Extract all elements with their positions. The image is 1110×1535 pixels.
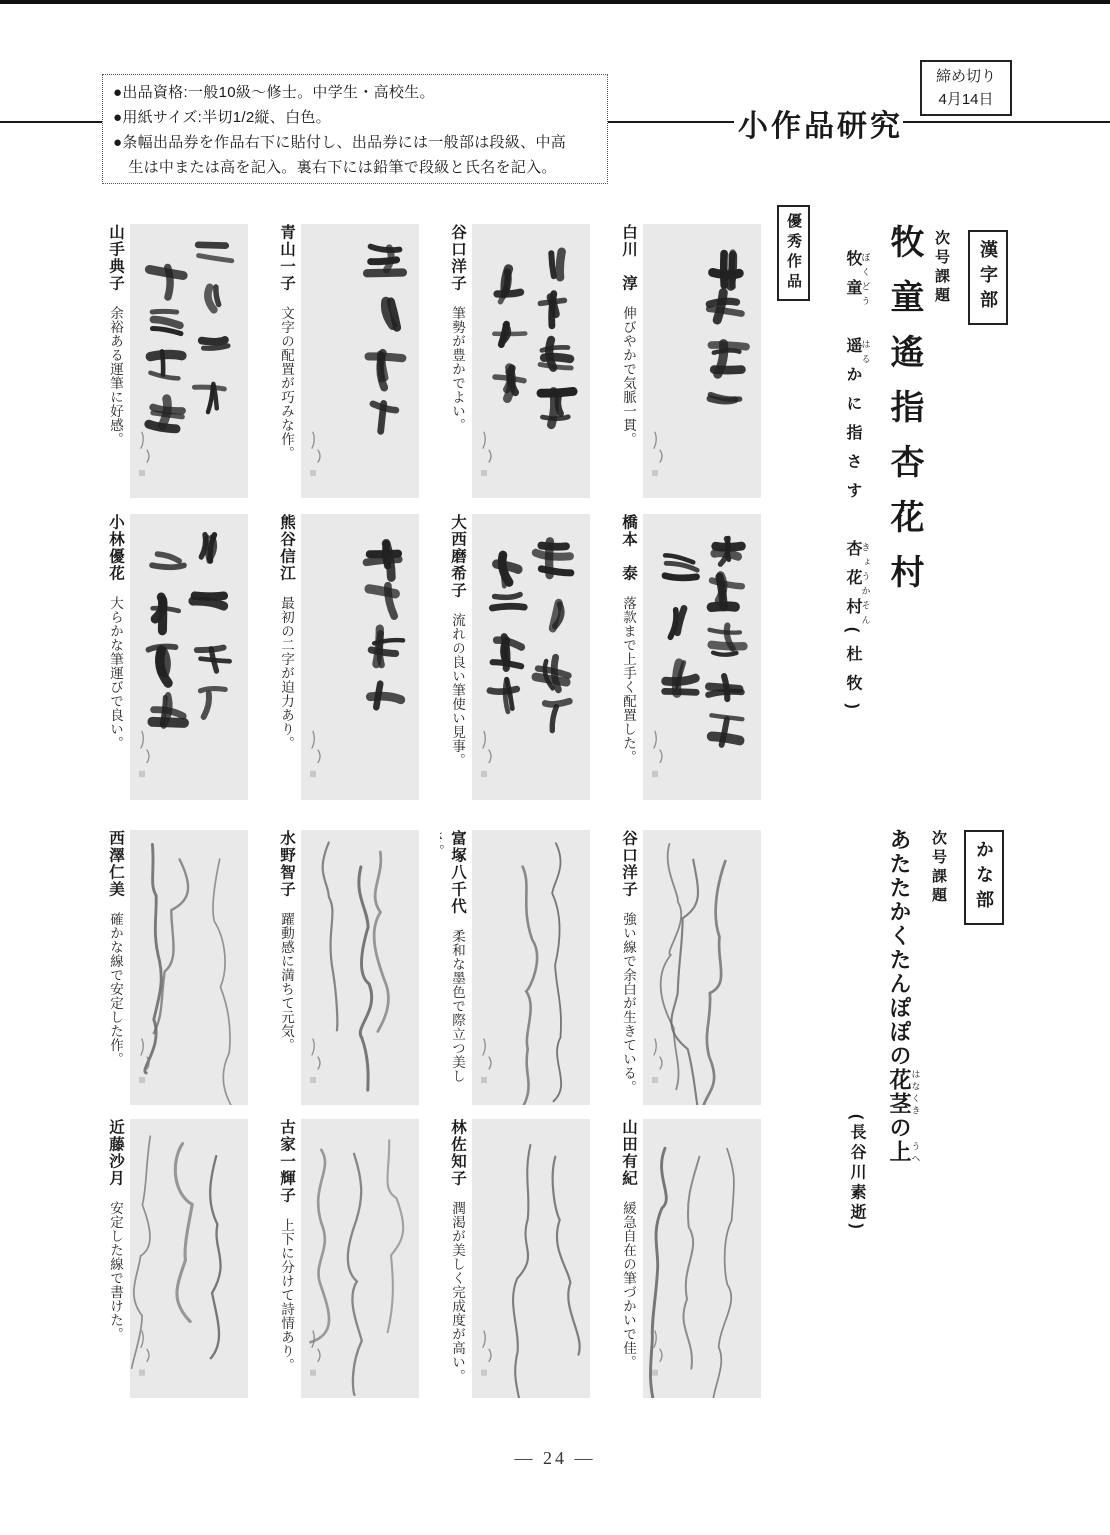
artwork-entry: 古家一輝子上下に分けて詩情あり。 <box>269 1119 419 1398</box>
brush-strokes-graphic <box>472 830 590 1105</box>
entry-caption: 古家一輝子上下に分けて詩情あり。 <box>269 1119 297 1398</box>
artist-name: 大西磨希子 <box>449 514 466 599</box>
calligraphy-artwork <box>643 830 761 1105</box>
judge-comment: 筆勢が豊かでよい。 <box>450 292 465 432</box>
calligraphy-artwork <box>301 830 419 1105</box>
judge-comment: 大らかな筆運びで良い。 <box>108 582 123 750</box>
brush-strokes-graphic <box>301 224 419 498</box>
entry-caption: 谷口洋子筆勢が豊かでよい。 <box>440 224 468 498</box>
calligraphy-artwork <box>130 1119 248 1398</box>
calligraphy-artwork <box>130 514 248 800</box>
calligraphy-artwork <box>472 224 590 498</box>
judge-comment: 緩急自在の筆づかいで佳。 <box>621 1187 636 1369</box>
page-number: — 24 — <box>0 1448 1110 1469</box>
judge-comment: 余裕ある運筆に好感。 <box>108 292 123 446</box>
entry-caption: 山手典子余裕ある運筆に好感。 <box>98 224 126 498</box>
brush-strokes-graphic <box>643 1119 761 1398</box>
artwork-entry: 白川 淳伸びやかで気脈一貫。 <box>611 224 761 498</box>
works-row: 西澤仁美確かな線で安定した作。 水野智子躍動感に満ちて元気。 富塚八千代柔和な墨… <box>98 830 761 1105</box>
artwork-entry: 西澤仁美確かな線で安定した作。 <box>98 830 248 1105</box>
artist-name: 谷口洋子 <box>620 830 637 898</box>
notice-line: 生は中または高を記入。裏右下には鉛筆で段級と氏名を記入。 <box>113 155 597 180</box>
judge-comment: 流れの良い筆使い見事。 <box>450 599 465 767</box>
artwork-entry: 水野智子躍動感に満ちて元気。 <box>269 830 419 1105</box>
entry-caption: 水野智子躍動感に満ちて元気。 <box>269 830 297 1105</box>
artwork-entry: 山田有紀緩急自在の筆づかいで佳。 <box>611 1119 761 1398</box>
artwork-entry: 大西磨希子流れの良い筆使い見事。 <box>440 514 590 800</box>
brush-strokes-graphic <box>301 514 419 800</box>
artist-name: 山田有紀 <box>620 1119 637 1187</box>
entry-caption: 西澤仁美確かな線で安定した作。 <box>98 830 126 1105</box>
calligraphy-artwork <box>130 224 248 498</box>
kana-section-subtitle: 次号課題 <box>928 830 949 906</box>
kanji-theme-reading: 牧童ぼくどう 遥はるかに指さす 杏花村きょうかそん(杜牧) <box>841 250 871 722</box>
entry-caption: 橋本 泰落款まで上手く配置した。 <box>611 514 639 800</box>
artwork-entry: 青山一子文字の配置が巧みな作。 <box>269 224 419 498</box>
artwork-entry: 谷口洋子筆勢が豊かでよい。 <box>440 224 590 498</box>
judge-comment: 安定した線で書けた。 <box>108 1187 123 1341</box>
artist-name: 青山一子 <box>278 224 295 292</box>
artist-name: 古家一輝子 <box>278 1119 295 1204</box>
entry-caption: 熊谷信江最初の二字が迫力あり。 <box>269 514 297 800</box>
calligraphy-artwork <box>472 514 590 800</box>
entry-caption: 山田有紀緩急自在の筆づかいで佳。 <box>611 1119 639 1398</box>
brush-strokes-graphic <box>643 224 761 498</box>
judge-comment: 最初の二字が迫力あり。 <box>279 582 294 750</box>
artwork-entry: 山手典子余裕ある運筆に好感。 <box>98 224 248 498</box>
kanji-theme: 牧童遙指杏花村 <box>880 224 929 609</box>
artist-name: 近藤沙月 <box>107 1119 124 1187</box>
judge-comment: 伸びやかで気脈一貫。 <box>621 292 636 446</box>
artwork-entry: 小林優花大らかな筆運びで良い。 <box>98 514 248 800</box>
entry-caption: 大西磨希子流れの良い筆使い見事。 <box>440 514 468 800</box>
deadline-date: 4月14日 <box>924 88 1008 111</box>
works-row: 山手典子余裕ある運筆に好感。 青山一子文字の配置が巧みな作。 谷口洋子筆勢が豊か… <box>98 224 761 498</box>
header-rule-left <box>0 121 102 123</box>
kanji-section-label: 漢字部 <box>968 230 1008 325</box>
kanji-section-subtitle: 次号課題 <box>931 230 952 306</box>
kana-section-label: かな部 <box>964 830 1004 925</box>
excellent-works-label: 優秀作品 <box>777 205 810 301</box>
artist-name: 小林優花 <box>107 514 124 582</box>
judge-comment: 上下に分けて詩情あり。 <box>279 1204 294 1372</box>
artist-name: 熊谷信江 <box>278 514 295 582</box>
calligraphy-artwork <box>301 514 419 800</box>
artist-name: 橋本 泰 <box>620 514 637 582</box>
artist-name: 山手典子 <box>107 224 124 292</box>
deadline-label: 締め切り <box>924 65 1008 88</box>
brush-strokes-graphic <box>643 514 761 800</box>
judge-comment: 躍動感に満ちて元気。 <box>279 898 294 1052</box>
judge-comment: 確かな線で安定した作。 <box>108 898 123 1066</box>
entry-caption: 富塚八千代柔和な墨色で際立つ美しさ。 <box>440 830 468 1105</box>
entry-caption: 小林優花大らかな筆運びで良い。 <box>98 514 126 800</box>
artwork-entry: 熊谷信江最初の二字が迫力あり。 <box>269 514 419 800</box>
notice-line: ●出品資格:一般10級〜修士。中学生・高校生。 <box>113 80 597 105</box>
calligraphy-artwork <box>130 830 248 1105</box>
deadline-box: 締め切り 4月14日 <box>920 60 1012 116</box>
judge-comment: 落款まで上手く配置した。 <box>621 582 636 764</box>
kana-theme-author: (長谷川素逝) <box>845 1114 868 1233</box>
artwork-entry: 林佐知子潤渇が美しく完成度が高い。 <box>440 1119 590 1398</box>
entry-caption: 白川 淳伸びやかで気脈一貫。 <box>611 224 639 498</box>
artist-name: 谷口洋子 <box>449 224 466 292</box>
brush-strokes-graphic <box>472 224 590 498</box>
header-rule-mid <box>608 121 734 123</box>
artist-name: 林佐知子 <box>449 1119 466 1187</box>
calligraphy-artwork <box>301 224 419 498</box>
kana-theme: あたたかくたんぽぽの花茎はなくきの上うへ <box>884 828 921 1164</box>
calligraphy-artwork <box>643 1119 761 1398</box>
header-rule-right <box>903 121 1110 123</box>
brush-strokes-graphic <box>301 830 419 1105</box>
page-title: 小作品研究 <box>738 101 903 145</box>
artwork-entry: 橋本 泰落款まで上手く配置した。 <box>611 514 761 800</box>
brush-strokes-graphic <box>643 830 761 1105</box>
brush-strokes-graphic <box>130 830 248 1105</box>
magazine-page: ●出品資格:一般10級〜修士。中学生・高校生。●用紙サイズ:半切1/2縦、白色。… <box>0 0 1110 1535</box>
brush-strokes-graphic <box>130 514 248 800</box>
notice-line: ●条幅出品券を作品右下に貼付し、出品券には一般部は段級、中高 <box>113 130 597 155</box>
submission-notice-box: ●出品資格:一般10級〜修士。中学生・高校生。●用紙サイズ:半切1/2縦、白色。… <box>102 74 608 184</box>
brush-strokes-graphic <box>472 514 590 800</box>
notice-line: ●用紙サイズ:半切1/2縦、白色。 <box>113 105 597 130</box>
calligraphy-artwork <box>472 830 590 1105</box>
entry-caption: 林佐知子潤渇が美しく完成度が高い。 <box>440 1119 468 1398</box>
works-row: 小林優花大らかな筆運びで良い。 熊谷信江最初の二字が迫力あり。 大西磨希子流れの… <box>98 514 761 800</box>
entry-caption: 谷口洋子強い線で余白が生きている。 <box>611 830 639 1105</box>
entry-caption: 近藤沙月安定した線で書けた。 <box>98 1119 126 1398</box>
artist-name: 水野智子 <box>278 830 295 898</box>
calligraphy-artwork <box>643 224 761 498</box>
brush-strokes-graphic <box>301 1119 419 1398</box>
brush-strokes-graphic <box>130 1119 248 1398</box>
artwork-entry: 近藤沙月安定した線で書けた。 <box>98 1119 248 1398</box>
top-border-bar <box>0 0 1110 4</box>
artwork-entry: 谷口洋子強い線で余白が生きている。 <box>611 830 761 1105</box>
brush-strokes-graphic <box>130 224 248 498</box>
entry-caption: 青山一子文字の配置が巧みな作。 <box>269 224 297 498</box>
works-row: 近藤沙月安定した線で書けた。 古家一輝子上下に分けて詩情あり。 林佐知子潤渇が美… <box>98 1119 761 1398</box>
judge-comment: 文字の配置が巧みな作。 <box>279 292 294 460</box>
calligraphy-artwork <box>472 1119 590 1398</box>
calligraphy-artwork <box>301 1119 419 1398</box>
judge-comment: 強い線で余白が生きている。 <box>621 898 636 1094</box>
artist-name: 西澤仁美 <box>107 830 124 898</box>
brush-strokes-graphic <box>472 1119 590 1398</box>
calligraphy-artwork <box>643 514 761 800</box>
artist-name: 白川 淳 <box>620 224 637 292</box>
judge-comment: 潤渇が美しく完成度が高い。 <box>450 1187 465 1383</box>
artist-name: 富塚八千代 <box>449 830 466 915</box>
artwork-entry: 富塚八千代柔和な墨色で際立つ美しさ。 <box>440 830 590 1105</box>
